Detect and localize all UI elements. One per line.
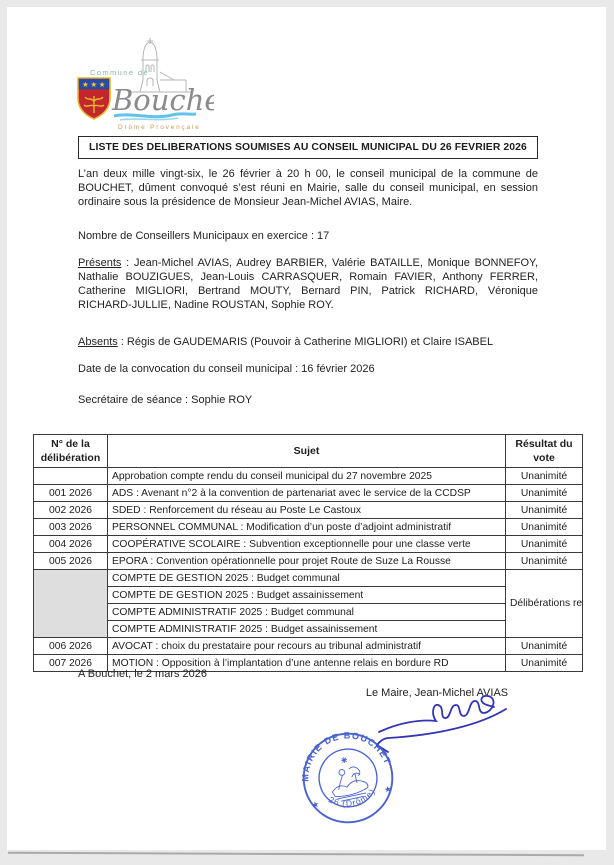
svg-text:★: ★	[99, 80, 106, 89]
cell-subject: COMPTE DE GESTION 2025 : Budget assainis…	[108, 587, 506, 604]
cell-result: Unanimité	[506, 553, 583, 570]
cell-result: Unanimité	[506, 485, 583, 502]
scan-edge-right	[606, 0, 614, 865]
cell-subject: ADS : Avenant n°2 à la convention de par…	[108, 485, 506, 502]
table-row: 001 2026 ADS : Avenant n°2 à la conventi…	[34, 485, 583, 502]
logo-name: Bouchet	[111, 83, 214, 117]
table-row: 003 2026 PERSONNEL COMMUNAL : Modificati…	[34, 519, 583, 536]
cell-subject: COMPTE DE GESTION 2025 : Budget communal	[108, 570, 506, 587]
cell-number: 005 2026	[34, 553, 108, 570]
cell-number: 002 2026	[34, 502, 108, 519]
svg-text:MAIRIE DE BOUCHET: MAIRIE DE BOUCHET	[295, 725, 393, 784]
cell-number	[34, 468, 108, 485]
cell-result: Unanimité	[506, 638, 583, 655]
deliberations-table: N° de la délibération Sujet Résultat du …	[33, 434, 583, 672]
svg-text:★: ★	[82, 80, 89, 89]
table-row: 002 2026 SDED : Renforcement du réseau a…	[34, 502, 583, 519]
cell-number: 006 2026	[34, 638, 108, 655]
cell-subject: Approbation compte rendu du conseil muni…	[108, 468, 506, 485]
cell-subject: AVOCAT : choix du prestataire pour recou…	[108, 638, 506, 655]
session-paragraph: L’an deux mille vingt-six, le 26 février…	[78, 167, 538, 209]
scan-edge-top	[0, 0, 614, 7]
coat-of-arms-icon: ★ ★ ★	[78, 78, 110, 119]
table-row-retired: COMPTE DE GESTION 2025 : Budget communal…	[34, 570, 583, 587]
cell-number: 004 2026	[34, 536, 108, 553]
counselors-count-line: Nombre de Conseillers Municipaux en exer…	[78, 230, 548, 242]
place-date-line: A Bouchet, le 2 mars 2026	[78, 668, 207, 680]
header-deliberation-number: N° de la délibération	[34, 435, 108, 468]
mairie-stamp: MAIRIE DE BOUCHET 26 (Drôme) ★ ★	[295, 725, 401, 831]
document-title: LISTE DES DELIBERATIONS SOUMISES AU CONS…	[78, 136, 538, 159]
stamp-star-left-icon: ★	[310, 799, 320, 810]
commune-logo: Commune de ★ ★ ★ Bouchet Drôme Provençal…	[74, 34, 214, 132]
table-row: Approbation compte rendu du conseil muni…	[34, 468, 583, 485]
table-row-retired: COMPTE ADMINISTRATIF 2025 : Budget assai…	[34, 621, 583, 638]
commune-logo-svg: Commune de ★ ★ ★ Bouchet Drôme Provençal…	[74, 34, 214, 132]
table-row-retired: COMPTE ADMINISTRATIF 2025 : Budget commu…	[34, 604, 583, 621]
cell-number: 001 2026	[34, 485, 108, 502]
cell-subject: COMPTE ADMINISTRATIF 2025 : Budget assai…	[108, 621, 506, 638]
cell-subject: COOPÉRATIVE SCOLAIRE : Subvention except…	[108, 536, 506, 553]
scan-edge-left	[0, 0, 7, 865]
cell-subject: EPORA : Convention opérationnelle pour p…	[108, 553, 506, 570]
header-vote-result: Résultat du vote	[506, 435, 583, 468]
logo-tagline: Drôme Provençale	[118, 124, 201, 131]
header-subject: Sujet	[108, 435, 506, 468]
absents-label: Absents	[78, 336, 118, 348]
cell-subject: COMPTE ADMINISTRATIF 2025 : Budget commu…	[108, 604, 506, 621]
logo-commune-label: Commune de	[90, 68, 149, 77]
table-row: 005 2026 EPORA : Convention opérationnel…	[34, 553, 583, 570]
secretary-line: Secrétaire de séance : Sophie ROY	[78, 394, 548, 406]
cell-number-shaded	[34, 570, 108, 638]
presents-label: Présents	[78, 257, 121, 269]
cell-result-retired: Délibérations retirées	[506, 570, 583, 638]
cell-result: Unanimité	[506, 519, 583, 536]
absents-list: : Régis de GAUDEMARIS (Pouvoir à Catheri…	[118, 336, 493, 348]
cell-result: Unanimité	[506, 468, 583, 485]
cell-result: Unanimité	[506, 655, 583, 672]
cell-number: 003 2026	[34, 519, 108, 536]
stamp-top-text: MAIRIE DE BOUCHET	[295, 725, 393, 784]
table-row: 004 2026 COOPÉRATIVE SCOLAIRE : Subventi…	[34, 536, 583, 553]
convocation-date-line: Date de la convocation du conseil munici…	[78, 363, 548, 375]
absents-paragraph: Absents : Régis de GAUDEMARIS (Pouvoir à…	[78, 335, 538, 349]
presents-list: : Jean-Michel AVIAS, Audrey BARBIER, Val…	[78, 257, 538, 311]
cell-result: Unanimité	[506, 502, 583, 519]
cell-subject: PERSONNEL COMMUNAL : Modification d’un p…	[108, 519, 506, 536]
cell-subject: SDED : Renforcement du réseau au Poste L…	[108, 502, 506, 519]
table-row: 006 2026 AVOCAT : choix du prestataire p…	[34, 638, 583, 655]
cell-result: Unanimité	[506, 536, 583, 553]
table-row-retired: COMPTE DE GESTION 2025 : Budget assainis…	[34, 587, 583, 604]
svg-text:★: ★	[90, 80, 97, 89]
table-header-row: N° de la délibération Sujet Résultat du …	[34, 435, 583, 468]
presents-paragraph: Présents : Jean-Michel AVIAS, Audrey BAR…	[78, 256, 538, 312]
